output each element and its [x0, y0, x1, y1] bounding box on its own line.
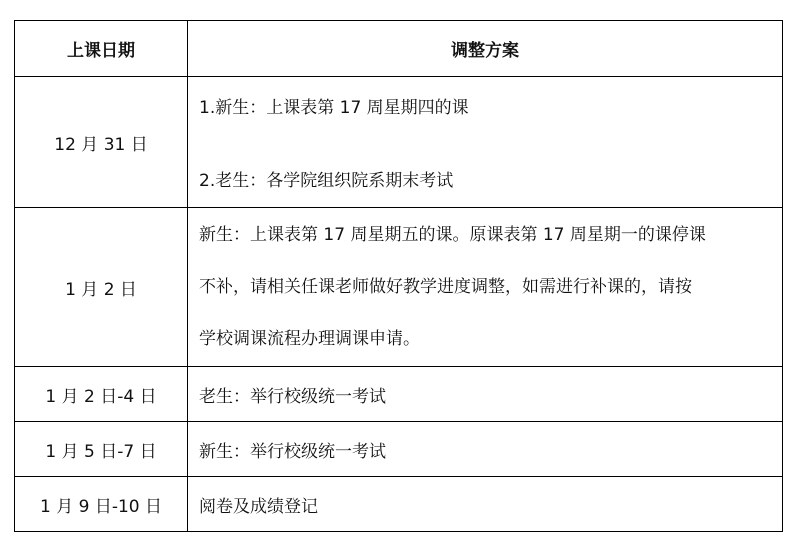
- plan-line: 新生：上课表第 17 周星期五的课。原课表第 17 周星期一的课停课: [199, 209, 776, 261]
- header-date: 上课日期: [15, 21, 188, 77]
- header-plan: 调整方案: [188, 21, 783, 77]
- plan-line: 老生：举行校级统一考试: [199, 382, 776, 407]
- plan-line: 不补，请相关任课老师做好教学进度调整，如需进行补课的，请按: [199, 261, 776, 313]
- schedule-adjustment-table: 上课日期 调整方案 12 月 31 日 1.新生：上课表第 17 周星期四的课 …: [14, 20, 783, 532]
- plan-cell: 新生：上课表第 17 周星期五的课。原课表第 17 周星期一的课停课 不补，请相…: [188, 208, 783, 367]
- plan-line: 学校调课流程办理调课申请。: [199, 313, 776, 365]
- plan-line: 1.新生：上课表第 17 周星期四的课: [199, 93, 776, 118]
- date-cell: 1 月 2 日-4 日: [15, 367, 188, 422]
- date-cell: 1 月 9 日-10 日: [15, 477, 188, 532]
- plan-line: 新生：举行校级统一考试: [199, 437, 776, 462]
- plan-cell: 1.新生：上课表第 17 周星期四的课 2.老生：各学院组织院系期末考试: [188, 77, 783, 208]
- table-row: 1 月 2 日 新生：上课表第 17 周星期五的课。原课表第 17 周星期一的课…: [15, 208, 783, 367]
- plan-cell: 新生：举行校级统一考试: [188, 422, 783, 477]
- date-cell: 1 月 2 日: [15, 208, 188, 367]
- plan-line: 2.老生：各学院组织院系期末考试: [199, 166, 776, 191]
- plan-line: 阅卷及成绩登记: [199, 492, 776, 517]
- plan-cell: 老生：举行校级统一考试: [188, 367, 783, 422]
- table-row: 1 月 9 日-10 日 阅卷及成绩登记: [15, 477, 783, 532]
- date-cell: 1 月 5 日-7 日: [15, 422, 188, 477]
- table-row: 1 月 5 日-7 日 新生：举行校级统一考试: [15, 422, 783, 477]
- table-row: 1 月 2 日-4 日 老生：举行校级统一考试: [15, 367, 783, 422]
- plan-cell: 阅卷及成绩登记: [188, 477, 783, 532]
- date-cell: 12 月 31 日: [15, 77, 188, 208]
- header-row: 上课日期 调整方案: [15, 21, 783, 77]
- table-row: 12 月 31 日 1.新生：上课表第 17 周星期四的课 2.老生：各学院组织…: [15, 77, 783, 208]
